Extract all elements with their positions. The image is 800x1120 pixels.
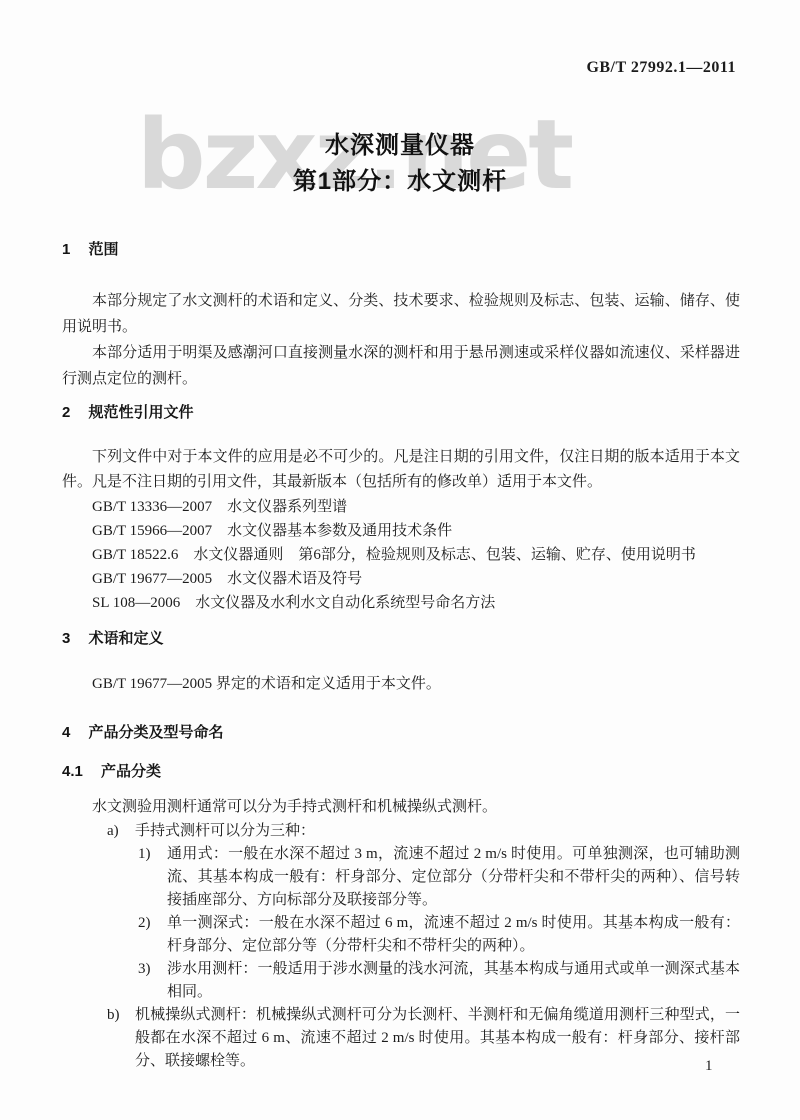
section-1-paragraph-2: 本部分适用于明渠及感潮河口直接测量水深的测杆和用于悬吊测速或采样仪器如流速仪、采… bbox=[62, 340, 740, 392]
list-text: 涉水用测杆：一般适用于涉水测量的浅水河流，其基本构成与通用式或单一测深式基本相同… bbox=[167, 958, 740, 1004]
page-number: 1 bbox=[705, 1058, 713, 1075]
list-item-a: a) 手持式测杆可以分为三种： bbox=[62, 820, 740, 843]
references-list: GB/T 13336—2007 水文仪器系列型谱 GB/T 15966—2007… bbox=[62, 495, 740, 615]
classification-list: a) 手持式测杆可以分为三种： 1) 通用式：一般在水深不超过 3 m，流速不超… bbox=[62, 820, 740, 1073]
list-text: 通用式：一般在水深不超过 3 m，流速不超过 2 m/s 时使用。可单独测深，也… bbox=[167, 843, 740, 912]
list-item-1: 1) 通用式：一般在水深不超过 3 m，流速不超过 2 m/s 时使用。可单独测… bbox=[62, 843, 740, 912]
section-title: 范围 bbox=[89, 240, 119, 260]
section-4-1-heading: 4.1 产品分类 bbox=[62, 762, 740, 782]
document-page: bzxz.net GB/T 27992.1—2011 水深测量仪器 第1部分：水… bbox=[0, 0, 800, 1120]
standard-number: GB/T 27992.1—2011 bbox=[586, 59, 736, 77]
section-number: 1 bbox=[62, 240, 70, 260]
list-marker: b) bbox=[107, 1004, 135, 1073]
section-number: 4 bbox=[62, 723, 70, 743]
title-line-1: 水深测量仪器 bbox=[0, 128, 800, 164]
reference-item: SL 108—2006 水文仪器及水利水文自动化系统型号命名方法 bbox=[62, 591, 740, 615]
section-title: 规范性引用文件 bbox=[89, 403, 194, 423]
reference-item: GB/T 18522.6 水文仪器通则 第6部分，检验规则及标志、包装、运输、贮… bbox=[62, 543, 740, 567]
section-4-heading: 4 产品分类及型号命名 bbox=[62, 723, 740, 743]
section-number: 2 bbox=[62, 403, 70, 423]
section-3-paragraph-1: GB/T 19677—2005 界定的术语和定义适用于本文件。 bbox=[62, 671, 740, 697]
list-text: 机械操纵式测杆：机械操纵式测杆可分为长测杆、半测杆和无偏角缆道用测杆三种型式，一… bbox=[135, 1004, 740, 1073]
section-1-heading: 1 范围 bbox=[62, 240, 740, 260]
section-title: 产品分类 bbox=[101, 762, 161, 782]
list-marker: 2) bbox=[138, 912, 167, 958]
title-line-2: 第1部分：水文测杆 bbox=[0, 164, 800, 200]
reference-item: GB/T 13336—2007 水文仪器系列型谱 bbox=[62, 495, 740, 519]
list-text: 手持式测杆可以分为三种： bbox=[135, 820, 740, 843]
section-2-heading: 2 规范性引用文件 bbox=[62, 403, 740, 423]
section-number: 4.1 bbox=[62, 762, 83, 782]
section-number: 3 bbox=[62, 629, 70, 649]
section-4-paragraph-1: 水文测验用测杆通常可以分为手持式测杆和机械操纵式测杆。 bbox=[62, 794, 740, 820]
document-body: 1 范围 本部分规定了水文测杆的术语和定义、分类、技术要求、检验规则及标志、包装… bbox=[62, 240, 740, 1073]
section-title: 术语和定义 bbox=[89, 629, 164, 649]
section-2-paragraph-1: 下列文件中对于本文件的应用是必不可少的。凡是注日期的引用文件，仅注日期的版本适用… bbox=[62, 445, 740, 495]
list-marker: 3) bbox=[138, 958, 167, 1004]
list-marker: a) bbox=[107, 820, 135, 843]
list-item-2: 2) 单一测深式：一般在水深不超过 6 m，流速不超过 2 m/s 时使用。其基… bbox=[62, 912, 740, 958]
reference-item: GB/T 15966—2007 水文仪器基本参数及通用技术条件 bbox=[62, 519, 740, 543]
section-3-heading: 3 术语和定义 bbox=[62, 629, 740, 649]
document-title: 水深测量仪器 第1部分：水文测杆 bbox=[0, 128, 800, 200]
list-text: 单一测深式：一般在水深不超过 6 m，流速不超过 2 m/s 时使用。其基本构成… bbox=[167, 912, 740, 958]
section-title: 产品分类及型号命名 bbox=[89, 723, 224, 743]
reference-item: GB/T 19677—2005 水文仪器术语及符号 bbox=[62, 567, 740, 591]
list-item-3: 3) 涉水用测杆：一般适用于涉水测量的浅水河流，其基本构成与通用式或单一测深式基… bbox=[62, 958, 740, 1004]
section-1-paragraph-1: 本部分规定了水文测杆的术语和定义、分类、技术要求、检验规则及标志、包装、运输、储… bbox=[62, 288, 740, 340]
list-item-b: b) 机械操纵式测杆：机械操纵式测杆可分为长测杆、半测杆和无偏角缆道用测杆三种型… bbox=[62, 1004, 740, 1073]
list-marker: 1) bbox=[138, 843, 167, 912]
